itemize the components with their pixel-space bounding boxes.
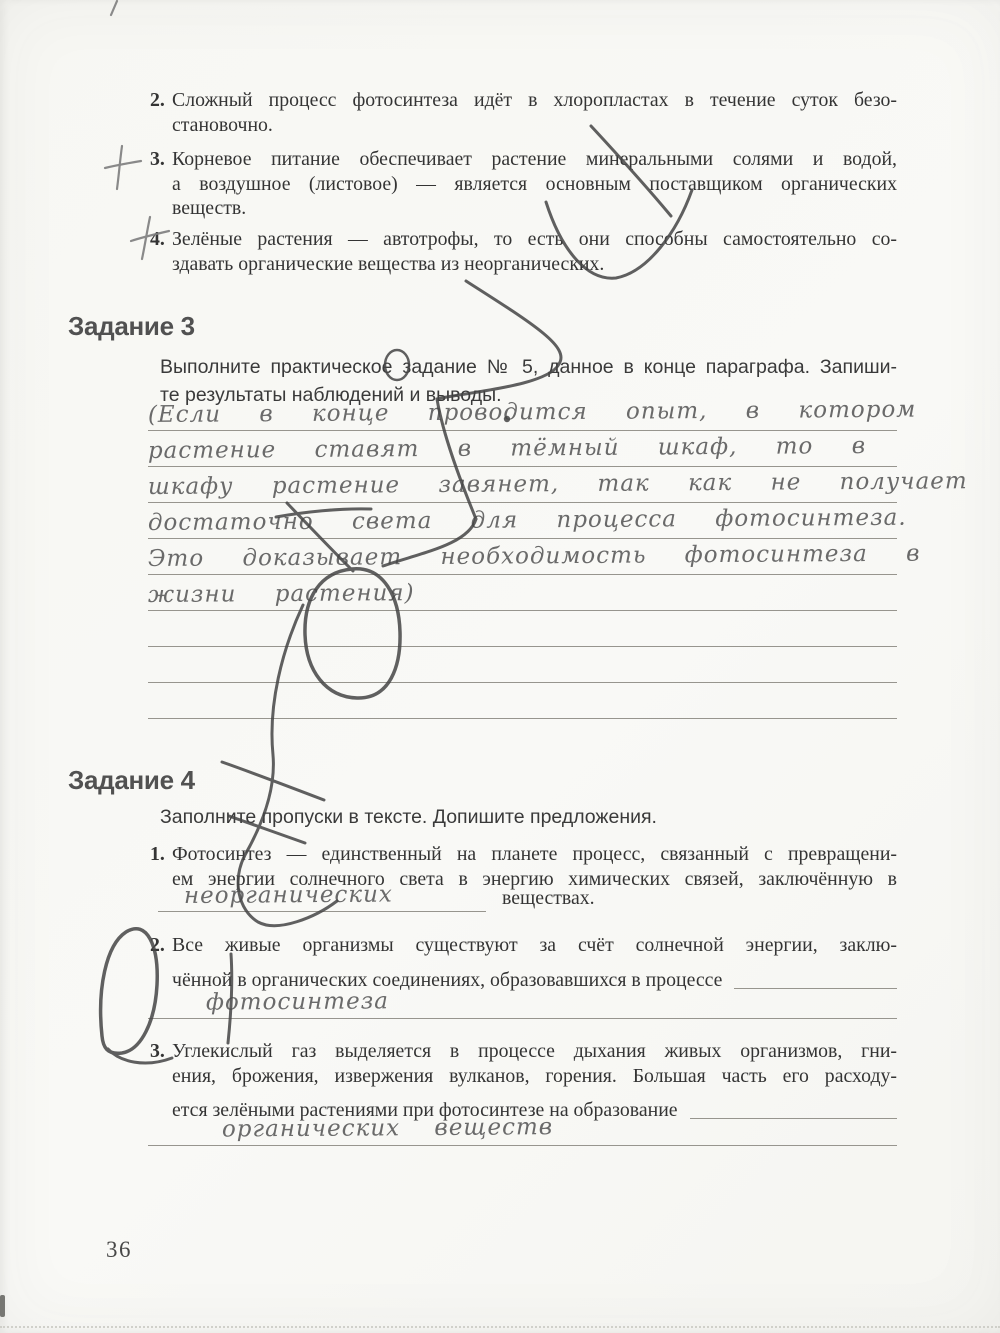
ruled-line: жизни растения) bbox=[148, 575, 897, 611]
scan-artifact-bottom-edge bbox=[0, 1326, 1000, 1328]
ruled-line: (Если в конце проводится опыт, в котором bbox=[148, 395, 897, 431]
task3-heading: Задание 3 bbox=[68, 311, 195, 342]
task4-instruction: Заполните пропуски в тексте. Допишите пр… bbox=[160, 803, 897, 831]
printed-line: Зелёные растения — автотрофы, то есть он… bbox=[172, 227, 897, 252]
ruled-line bbox=[148, 647, 897, 683]
answer-handwriting: неорганических bbox=[184, 882, 393, 911]
instruction-line: Выполните практическое задание № 5, данн… bbox=[160, 353, 897, 381]
handwritten-line: (Если в конце проводится опыт, в котором bbox=[148, 397, 917, 430]
answer-blank: неорганических bbox=[158, 879, 486, 912]
item-number: 4. bbox=[150, 227, 165, 252]
item-number: 3. bbox=[150, 147, 165, 172]
task4-item-2-answer-row: фотосинтеза bbox=[148, 986, 897, 1019]
handwritten-line: жизни растения) bbox=[148, 580, 415, 610]
task4-item-3: 3. Углекислый газ выделяется в процессе … bbox=[172, 1039, 897, 1088]
ruled-line: Это доказывает необходимость фотосинтеза… bbox=[148, 539, 897, 575]
task4-heading: Задание 4 bbox=[68, 765, 195, 796]
printed-line: веществ. bbox=[172, 196, 897, 221]
printed-line: здавать органические вещества из неорган… bbox=[172, 252, 897, 277]
item-number: 2. bbox=[150, 933, 165, 958]
after-answer-label: веществах. bbox=[502, 887, 595, 912]
answer-item-4: 4. Зелёные растения — автотрофы, то есть… bbox=[172, 227, 897, 276]
handwritten-line: достаточно света для процесса фотосинтез… bbox=[148, 505, 907, 538]
item-number: 3. bbox=[150, 1039, 165, 1064]
workbook-page: 2. Сложный процесс фотосинтеза идёт в хл… bbox=[0, 0, 1000, 1333]
scan-artifact-left-blob bbox=[0, 1295, 5, 1317]
item-number: 1. bbox=[150, 842, 165, 867]
task4-item-3-answer-row: органических веществ bbox=[148, 1113, 897, 1146]
handwritten-line: растение ставят в тёмный шкаф, то в bbox=[148, 433, 866, 466]
printed-line: Корневое питание обеспечивает растение м… bbox=[172, 147, 897, 172]
ruled-line: достаточно света для процесса фотосинтез… bbox=[148, 503, 897, 539]
item-number: 2. bbox=[150, 88, 165, 113]
answer-handwriting: органических веществ bbox=[148, 1114, 553, 1145]
answer-item-3: 3. Корневое питание обеспечивает растени… bbox=[172, 147, 897, 221]
answer-handwriting: фотосинтеза bbox=[148, 988, 389, 1018]
task4-item-2: 2. Все живые организмы существуют за счё… bbox=[172, 933, 897, 958]
printed-line: Фотосинтез — единственный на планете про… bbox=[172, 842, 897, 867]
task4-item-1-answer-row: неорганических веществах. bbox=[158, 880, 897, 912]
ruled-line bbox=[148, 611, 897, 647]
answer-item-2: 2. Сложный процесс фотосинтеза идёт в хл… bbox=[172, 88, 897, 137]
printed-line: Все живые организмы существуют за счёт с… bbox=[172, 933, 897, 958]
printed-line: Углекислый газ выделяется в процессе дых… bbox=[172, 1039, 897, 1064]
pencil-plus-marks bbox=[105, 1, 169, 259]
handwritten-line: шкафу растение завянет, так как не получ… bbox=[148, 468, 968, 502]
ruled-line: шкафу растение завянет, так как не получ… bbox=[148, 467, 897, 503]
printed-line: становочно. bbox=[172, 113, 897, 138]
ruled-line: растение ставят в тёмный шкаф, то в bbox=[148, 431, 897, 467]
printed-line: а воздушное (листовое) — является основн… bbox=[172, 172, 897, 197]
printed-line: Сложный процесс фотосинтеза идёт в хлоро… bbox=[172, 88, 897, 113]
page-number: 36 bbox=[106, 1237, 132, 1263]
printed-line: ения, брожения, извержения вулканов, гор… bbox=[172, 1064, 897, 1089]
handwritten-line: Это доказывает необходимость фотосинтеза… bbox=[148, 541, 921, 574]
ruled-answer-area: (Если в конце проводится опыт, в котором… bbox=[148, 395, 897, 719]
ruled-line bbox=[148, 683, 897, 719]
